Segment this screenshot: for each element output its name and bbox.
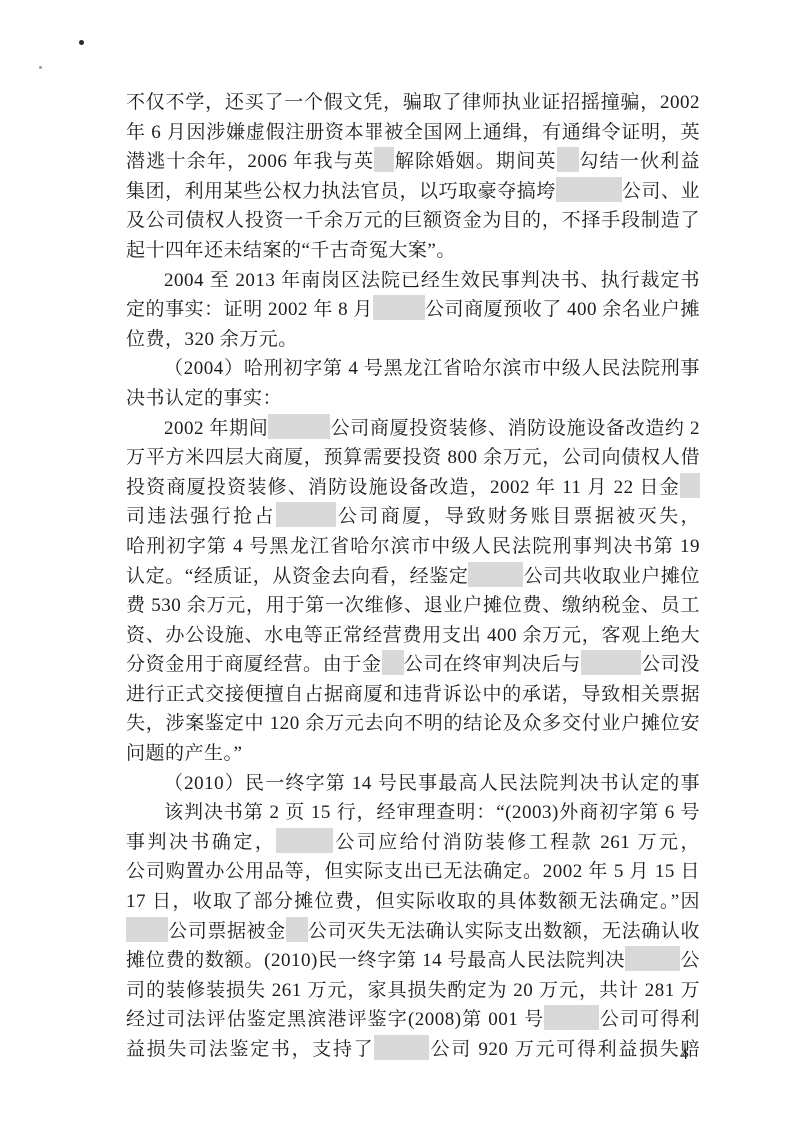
text-line: 事判决书确定，公司应给付消防装修工程款 261 万元， <box>126 828 700 858</box>
text-segment: 公司共收取业户摊位 <box>523 566 700 587</box>
text-line: 公司票据被金公司灭失无法确认实际支出数额，无法确认收取 <box>126 917 700 947</box>
text-line: 起十四年还未结案的“千古奇冤大案”。 <box>126 236 700 266</box>
text-line: 哈刑初字第 4 号黑龙江省哈尔滨市中级人民法院刑事判决书第 19 页 <box>126 532 700 562</box>
text-line: 定的事实：证明 2002 年 8 月公司商厦预收了 400 余名业户摊 <box>126 295 700 325</box>
redaction-box <box>374 1035 429 1060</box>
text-segment: 17 日，收取了部分摊位费，但实际收取的具体数额无法确定。”因 <box>126 891 700 912</box>
text-segment: （2004）哈刑初字第 4 号黑龙江省哈尔滨市中级人民法院刑事判 <box>164 358 700 384</box>
text-segment: 公司应给付消防装修工程款 261 万元， <box>333 832 700 853</box>
text-segment: 公司票据被金 <box>168 921 286 942</box>
text-line: 司违法强行抢占公司商厦，导致财务账目票据被灭失，(2004) <box>126 502 700 532</box>
redaction-box <box>374 147 394 172</box>
redaction-box <box>286 917 308 942</box>
text-segment: 起十四年还未结案的“千古奇冤大案”。 <box>126 240 456 261</box>
text-segment: 2004 至 2013 年南岗区法院已经生效民事判决书、执行裁定书认 <box>164 270 700 296</box>
redaction-box <box>680 473 700 498</box>
text-line: 不仅不学，还买了一个假文凭，骗取了律师执业证招摇撞骗，2002 <box>126 88 700 118</box>
text-segment: 该判决书第 2 页 15 行，经审理查明：“(2003)外商初字第 6 号民 <box>164 802 700 828</box>
text-segment: 投资商厦投资装修、消防设施设备改造，2002 年 11 月 22 日金 <box>126 477 680 498</box>
text-line: （2010）民一终字第 14 号民事最高人民法院判决书认定的事实： <box>126 769 700 799</box>
text-line: 费 530 余万元，用于第一次维修、退业户摊位费、缴纳税金、员工工 <box>126 591 700 621</box>
text-line: 进行正式交接便擅自占据商厦和违背诉讼中的承诺，导致相关票据丢 <box>126 680 700 710</box>
text-line: 位费，320 余万元。 <box>126 325 700 355</box>
text-segment: 解除婚姻。期间英 <box>394 151 556 172</box>
scanned-document-page: 不仅不学，还买了一个假文凭，骗取了律师执业证招摇撞骗，2002年 6 月因涉嫌虚… <box>0 0 800 1138</box>
document-body: 不仅不学，还买了一个假文凭，骗取了律师执业证招摇撞骗，2002年 6 月因涉嫌虚… <box>126 88 700 1065</box>
page-number: 4 <box>680 1046 688 1064</box>
text-segment: 公司可得利 <box>599 1009 700 1030</box>
text-segment: 摊位费的数额。(2010)民一终字第 14 号最高人民法院判决 <box>126 950 625 971</box>
text-line: 年 6 月因涉嫌虚假注册资本罪被全国网上通缉，有通缉令证明，英 <box>126 118 700 148</box>
redaction-box <box>382 650 404 675</box>
text-segment: 司的装修装损失 261 万元，家具损失酌定为 20 万元，共计 281 万元。 <box>126 980 700 1006</box>
text-segment: 公司购置办公用品等，但实际支出已无法确定。2002 年 5 月 15 日至 <box>126 861 700 887</box>
redaction-box <box>373 295 425 320</box>
redaction-box <box>468 562 523 587</box>
text-line: 司的装修装损失 261 万元，家具损失酌定为 20 万元，共计 281 万元。 <box>126 976 700 1006</box>
redaction-box <box>544 1005 599 1030</box>
text-segment: 公司在终审判决后与 <box>404 654 581 675</box>
text-segment: 公 <box>680 950 700 971</box>
text-line: 及公司债权人投资一千余万元的巨额资金为目的，不择手段制造了一 <box>126 206 700 236</box>
text-line: 失，涉案鉴定中 120 余万元去向不明的结论及众多交付业户摊位安置 <box>126 709 700 739</box>
redaction-box <box>557 147 579 172</box>
redaction-box <box>276 502 336 527</box>
text-segment: 集团，利用某些公权力执法官员，以巧取豪夺搞垮 <box>126 181 556 202</box>
text-line: 益损失司法鉴定书，支持了公司 920 万元可得利益损失赔偿， <box>126 1035 700 1065</box>
redaction-box <box>276 828 333 853</box>
text-segment: 进行正式交接便擅自占据商厦和违背诉讼中的承诺，导致相关票据丢 <box>126 684 700 710</box>
text-line: 集团，利用某些公权力执法官员，以巧取豪夺搞垮公司、业户 <box>126 177 700 207</box>
redaction-box <box>581 650 641 675</box>
scan-speck <box>39 66 42 69</box>
text-line: 问题的产生。” <box>126 739 700 769</box>
text-line: 潜逃十余年，2006 年我与英解除婚姻。期间英勾结一伙利益小 <box>126 147 700 177</box>
text-segment: 认定。“经质证，从资金去向看，经鉴定 <box>126 566 468 587</box>
redaction-box <box>625 946 680 971</box>
text-line: 公司购置办公用品等，但实际支出已无法确定。2002 年 5 月 15 日至 <box>126 857 700 887</box>
text-segment: 万平方米四层大商厦，预算需要投资 800 余万元，公司向债权人借款 <box>126 447 700 473</box>
text-line: （2004）哈刑初字第 4 号黑龙江省哈尔滨市中级人民法院刑事判 <box>126 354 700 384</box>
text-segment: 分资金用于商厦经营。由于金 <box>126 654 382 675</box>
redaction-box <box>556 177 622 202</box>
text-segment: 费 530 余万元，用于第一次维修、退业户摊位费、缴纳税金、员工工 <box>126 595 700 621</box>
text-line: 摊位费的数额。(2010)民一终字第 14 号最高人民法院判决公 <box>126 946 700 976</box>
text-segment: 年 6 月因涉嫌虚假注册资本罪被全国网上通缉，有通缉令证明，英 <box>126 122 700 143</box>
text-line: 资、办公设施、水电等正常经营费用支出 400 余万元，客观上绝大部 <box>126 621 700 651</box>
text-line: 认定。“经质证，从资金去向看，经鉴定公司共收取业户摊位 <box>126 562 700 592</box>
text-segment: 位费，320 余万元。 <box>126 329 298 350</box>
text-segment: 哈刑初字第 4 号黑龙江省哈尔滨市中级人民法院刑事判决书第 19 页 <box>126 536 700 562</box>
text-segment: 不仅不学，还买了一个假文凭，骗取了律师执业证招摇撞骗，2002 <box>126 92 700 113</box>
text-line: 万平方米四层大商厦，预算需要投资 800 余万元，公司向债权人借款 <box>126 443 700 473</box>
text-segment: 失，涉案鉴定中 120 余万元去向不明的结论及众多交付业户摊位安置 <box>126 713 700 739</box>
text-segment: 事判决书确定， <box>126 832 276 853</box>
text-segment: 决书认定的事实： <box>126 388 282 409</box>
text-segment: 公司商厦投资装修、消防设施设备改造约 2 <box>330 418 700 439</box>
text-line: 17 日，收取了部分摊位费，但实际收取的具体数额无法确定。”因 <box>126 887 700 917</box>
redaction-box <box>126 917 168 942</box>
text-segment: 经过司法评估鉴定黑滨港评鉴字(2008)第 001 号 <box>126 1009 544 1030</box>
text-line: 决书认定的事实： <box>126 384 700 414</box>
text-segment: 资、办公设施、水电等正常经营费用支出 400 余万元，客观上绝大部 <box>126 625 700 651</box>
text-segment: 问题的产生。” <box>126 743 242 764</box>
text-line: 投资商厦投资装修、消防设施设备改造，2002 年 11 月 22 日金公 <box>126 473 700 503</box>
scan-speck <box>79 40 84 45</box>
text-segment: （2010）民一终字第 14 号民事最高人民法院判决书认定的事实： <box>164 773 700 799</box>
text-segment: 益损失司法鉴定书，支持了 <box>126 1039 374 1060</box>
text-line: 2004 至 2013 年南岗区法院已经生效民事判决书、执行裁定书认 <box>126 266 700 296</box>
text-segment: 公司商厦预收了 400 余名业户摊 <box>425 299 700 320</box>
text-segment: 定的事实：证明 2002 年 8 月 <box>126 299 373 320</box>
text-line: 分资金用于商厦经营。由于金公司在终审判决后与公司没有 <box>126 650 700 680</box>
text-line: 2002 年期间公司商厦投资装修、消防设施设备改造约 2 <box>126 414 700 444</box>
text-line: 该判决书第 2 页 15 行，经审理查明：“(2003)外商初字第 6 号民 <box>126 798 700 828</box>
text-line: 经过司法评估鉴定黑滨港评鉴字(2008)第 001 号公司可得利 <box>126 1005 700 1035</box>
text-segment: 2002 年期间 <box>164 418 268 439</box>
text-segment: 司违法强行抢占 <box>126 506 276 527</box>
text-segment: 及公司债权人投资一千余万元的巨额资金为目的，不择手段制造了一 <box>126 210 700 236</box>
text-segment: 潜逃十余年，2006 年我与英 <box>126 151 374 172</box>
redaction-box <box>268 414 330 439</box>
